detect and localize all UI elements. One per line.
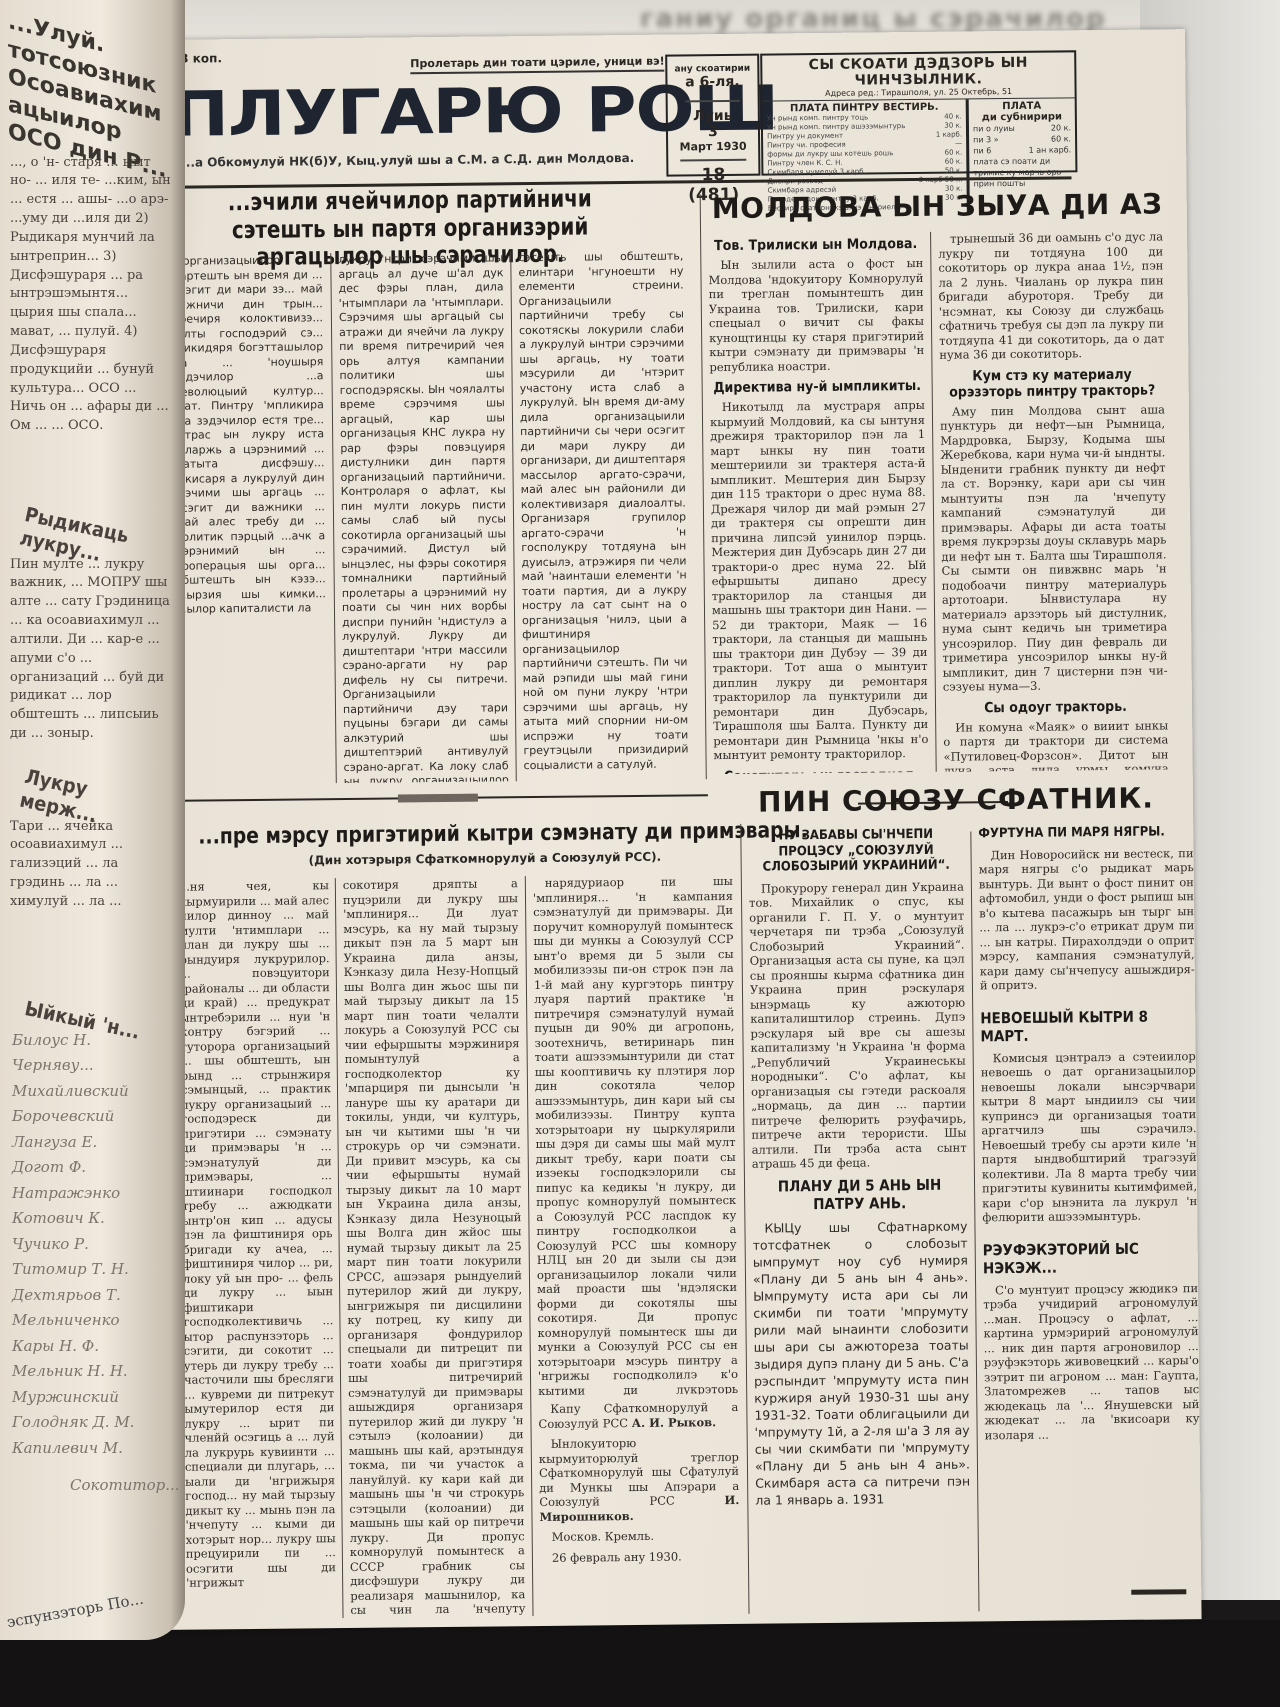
- price: 3 коп.: [180, 51, 222, 65]
- sowing-column-2: сокотиря дряпты а пуцэрили ди лукру шы '…: [343, 876, 526, 1618]
- names-list: Билоус Н.Черняву...МихайливскийБорочевск…: [0, 1022, 185, 1468]
- info-box: СЫ СКОАТИ ДЭДЗОРЬ ЫН ЧИНЧЗЫЛНИК. Адреса …: [760, 50, 1077, 175]
- year-label: ану скоатирии: [667, 64, 757, 75]
- name-entry: Натражэнко: [12, 1181, 173, 1207]
- trilisky-text: Ын зылили аста о фост ын Молдова 'ндокуи…: [708, 256, 924, 374]
- column-divider: [700, 194, 707, 779]
- previous-page-text: ..., о 'н- старя ... ыыт но- ... иля те-…: [0, 150, 185, 488]
- ad-rate-row-value: 60 к.: [945, 149, 963, 158]
- union-section-headline: ПИН СОЮЗУ СФАТНИК.: [758, 782, 1154, 819]
- subscription-row: пи 61 ан карб.: [973, 144, 1071, 156]
- ad-rate-row-value: 1 карб.: [936, 131, 962, 140]
- newspaper-subtitle: ...а Обкомулуй НК(б)У, Кыц.улуй шы а С.М…: [181, 151, 634, 170]
- end-rule: [1131, 1589, 1186, 1595]
- subscription-row-value: 60 к.: [1051, 133, 1071, 144]
- cells-article-column-2: лукру 'нтри сэрэчими шы аргаць ал дуче ш…: [338, 251, 509, 783]
- ad-rate-row-value: —: [955, 140, 962, 149]
- column-divider: [335, 878, 344, 1618]
- signature-1-name: А. И. Рыков.: [632, 1415, 717, 1430]
- name-entry: Борочевский: [12, 1104, 173, 1130]
- name-entry: Мельниченко: [12, 1308, 173, 1334]
- name-entry: Мельник Н. Н.: [12, 1359, 173, 1385]
- name-entry: Дехтярьов Т.: [12, 1283, 173, 1309]
- ad-rate-row-value: 60 к.: [945, 158, 963, 167]
- directive-subhead: Директива ну-й ымпликиты.: [710, 378, 925, 396]
- motto: Пролетарь дин тоати цэриле, уници вэ!: [410, 55, 665, 75]
- issue-day: Луиь 3: [686, 100, 740, 141]
- directive-text: Никотылд ла мустраря апры кырмуий Молдов…: [710, 398, 929, 763]
- ukraine-trial-headline: НУ ЗАБАВЫ СЫ'НЧЕПИ ПРОЦЭСУ „СОЮЗУЛУЙ СЛО…: [748, 827, 963, 876]
- blurred-background-text: ганиу органиц ы сэрачилор: [640, 4, 1107, 34]
- subscription-list: пи о луиы20 к.пи 3 »60 к.пи 61 ан карб.: [973, 122, 1071, 156]
- sowing-article-subheadline: (Дин хотэрыря Сфаткомнорулуй а Союзулуй …: [309, 850, 662, 868]
- previous-page-footer: эспунзэторь По...: [0, 1590, 145, 1633]
- decree-date: 26 февраль ану 1930.: [540, 1548, 740, 1565]
- ad-rate-row-value: 30 к.: [944, 122, 962, 131]
- cells-article-column-1: ...организацыилор партешть ын время ди .…: [172, 253, 328, 785]
- trilisky-subhead: Тов. Трилиски ын Молдова.: [708, 236, 923, 254]
- signature-2-title: Ынлокуиторю кырмуиторюлуй треглор Сфатко…: [539, 1436, 739, 1509]
- publication-frequency: СЫ СКОАТИ ДЭДЗОРЬ ЫН ЧИНЧЗЫЛНИК.: [762, 54, 1074, 89]
- union-column-2: ФУРТУНА ПИ МАРЯ НЯГРЫ. Дин Новоросийск н…: [978, 824, 1201, 1616]
- ad-rate-row-value: 50 к.: [945, 166, 963, 175]
- five-year-plan-text: КЫЦу шы Сфатнаркому тотсфатнек о слобозы…: [752, 1217, 970, 1508]
- accountants-subhead: Сокотиторь ын господкол.: [714, 767, 929, 775]
- background-dark-surface: [0, 1620, 1280, 1707]
- column-divider: [930, 232, 937, 772]
- name-entry: Черняву...: [12, 1053, 173, 1079]
- name-entry: Голодняк Д. М.: [12, 1410, 173, 1436]
- subscription-row-label: пи 6: [973, 145, 991, 156]
- column-divider: [525, 876, 534, 1616]
- ornament-rule: [398, 794, 478, 803]
- column-divider: [510, 251, 517, 781]
- ad-rate-row-value: 40 к.: [944, 113, 962, 122]
- subscription-row-value: 20 к.: [1051, 122, 1071, 133]
- sowing-article-headline: ...пре мэрсу пригэтирий кытри сэмэнату д…: [198, 819, 692, 849]
- name-entry: Михайливский: [12, 1079, 173, 1105]
- ukraine-trial-text: Прокурору генерал дин Украина тов. Михай…: [749, 879, 967, 1171]
- column-divider: [330, 253, 337, 783]
- name-entry: Титомир Т. Н.: [12, 1257, 173, 1283]
- storm-text: Дин Новоросийск ни вестеск, пи маря нягр…: [979, 846, 1196, 993]
- name-entry: Капилевич М.: [12, 1436, 173, 1462]
- names-footer: Сокотитор...: [0, 1467, 185, 1505]
- cells-article-column-3: сэтешть шы обштешть, елинтари 'нгуноешти…: [518, 249, 689, 781]
- five-year-plan-headline: ПЛАНУ ДИ 5 АНЬ ЫН ПАТРУ АНЬ.: [752, 1175, 967, 1213]
- issue-date: Март 1930: [668, 140, 758, 154]
- union-column-1: НУ ЗАБАВЫ СЫ'НЧЕПИ ПРОЦЭСУ „СОЮЗУЛУЙ СЛО…: [748, 827, 971, 1619]
- fuel-text: Аму пин Молдова сынт аша пунктурь ди неф…: [940, 402, 1168, 694]
- accountants-text-cont: трынешый 36 ди оамынь с'о дус ла лукру п…: [938, 229, 1164, 362]
- name-entry: Котович К.: [12, 1206, 173, 1232]
- womens-day-text: Комисыя цэнтралэ а сэтеиилор невоешь о д…: [981, 1049, 1198, 1225]
- name-entry: Кары Н. Ф.: [12, 1334, 173, 1360]
- sowing-column-1: ...ня чея, кы кырмуирили ... май алес чи…: [179, 878, 337, 1620]
- sowing-column-3: нарядуриаор пи шы 'мплиниря... 'н кампан…: [533, 874, 741, 1616]
- signature-1: Капу Сфаткомнорулуй а Союзулуй РСС А. И.…: [538, 1400, 738, 1431]
- column-divider: [740, 824, 749, 1614]
- name-entry: Чучико Р.: [12, 1232, 173, 1258]
- newspaper-page: 3 коп. Пролетарь дин тоати цэриле, уници…: [150, 29, 1202, 1630]
- subscription-row-label: пи 3 »: [973, 134, 999, 145]
- masthead: 3 коп. Пролетарь дин тоати цэриле, уници…: [180, 43, 651, 188]
- column-divider: [970, 831, 979, 1611]
- place: Москов. Кремль.: [540, 1528, 740, 1545]
- tractors-subhead: Сы одоуг тракторь.: [943, 698, 1168, 716]
- moldova-article-headline: МОЛДОВА ЫН ЗЫУА ДИ АЗ: [712, 187, 1163, 225]
- issue-box: ану скоатирии а 6-ля. Луиь 3 Март 1930 1…: [665, 54, 760, 177]
- name-entry: Лангуза Е.: [12, 1130, 173, 1156]
- criminals-headline: РЭУФЭКЭТОРИЙ ЫС НЭКЭЖ...: [983, 1239, 1198, 1277]
- fuel-subhead: Кум стэ ку материалу орэзэторь пинтру тр…: [939, 366, 1164, 401]
- subscription-row-label: пи о луиы: [973, 123, 1015, 134]
- year-value: а 6-ля.: [667, 74, 757, 91]
- name-entry: Догот Ф.: [12, 1155, 173, 1181]
- signature-2: Ынлокуиторю кырмуиторюлуй треглор Сфатко…: [539, 1435, 740, 1524]
- moldova-column-2: трынешый 36 ди оамынь с'о дус ла лукру п…: [938, 229, 1169, 771]
- storm-headline: ФУРТУНА ПИ МАРЯ НЯГРЫ.: [978, 824, 1193, 842]
- previous-page-curl: ...Улуй. тотсоюзник Осоавиахим ацыилор О…: [0, 0, 185, 1640]
- subscription-note: плата сэ поати ди тримис ку марчь орь пр…: [973, 155, 1071, 189]
- tractors-text: Ин комуна «Маяк» о вииит ынкы о партя ди…: [943, 718, 1169, 772]
- moldova-column-1: Тов. Трилиски ын Молдова. Ын зылили аста…: [708, 232, 929, 774]
- subscription-row-value: 1 ан карб.: [1029, 144, 1072, 155]
- criminals-text: С'о мунтуит процэсу жюдикэ пи трэба учид…: [983, 1281, 1200, 1443]
- sowing-column-3-text: нарядуриаор пи шы 'мплиниря... 'н кампан…: [533, 874, 738, 1396]
- womens-day-headline: НЕВОЕШЫЙ КЫТРИ 8 МАРТ.: [980, 1007, 1195, 1045]
- name-entry: Муржинский: [12, 1385, 173, 1411]
